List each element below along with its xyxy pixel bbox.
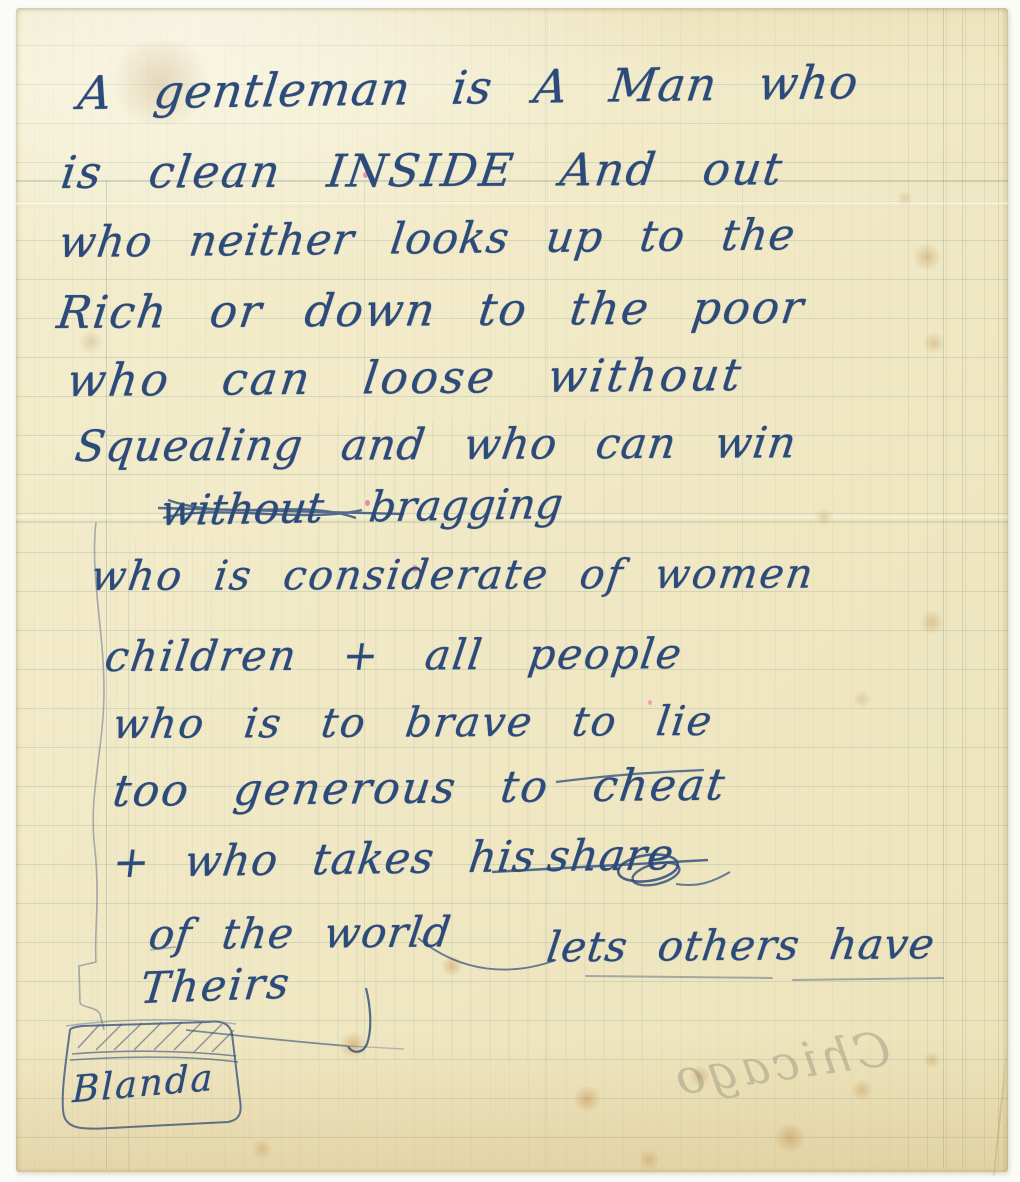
foxing-stain — [918, 610, 946, 634]
words: of the world — [146, 907, 454, 959]
handwritten-line: of the world lets others have — [146, 907, 454, 959]
foxing-stain — [440, 956, 464, 976]
foxing-stain — [572, 1086, 602, 1112]
words: + who takes his — [110, 832, 539, 888]
foxing-stain — [338, 1032, 368, 1058]
handwritten-line: + who takes hisshare — [110, 830, 677, 888]
handwritten-line: too generous to cheat — [110, 760, 729, 817]
foxing-stain — [922, 1052, 942, 1068]
handwritten-line: Rich or down to the poor — [54, 281, 808, 339]
ledger-column-line — [998, 8, 999, 1168]
foxing-stain — [896, 190, 914, 206]
crossed-out-word: share — [544, 830, 677, 882]
word: bragging — [366, 479, 565, 531]
handwritten-line: children + all people — [102, 629, 686, 681]
photo-background: A gentleman is A Man who is clean INSIDE… — [0, 0, 1020, 1182]
words: lets others have — [544, 919, 938, 971]
foxing-stain — [922, 332, 946, 354]
foxing-stain — [250, 1140, 274, 1158]
handwritten-line: A gentleman is A Man who — [75, 55, 862, 120]
foxing-stain — [636, 1150, 662, 1170]
ledger-column-line — [962, 8, 963, 1168]
handwritten-line: is clean INSIDE And out — [58, 142, 787, 199]
ledger-column-line — [943, 8, 944, 1168]
fold-crease — [16, 200, 1008, 209]
handwritten-line: Squealing and who can win — [72, 418, 800, 472]
foxing-stain — [912, 243, 942, 271]
handwritten-line: who is considerate of women — [88, 549, 818, 600]
handwritten-line: who neither looks up to the — [56, 210, 799, 268]
foxing-stain — [814, 508, 834, 526]
ledger-grid-patch — [890, 8, 1008, 1168]
foxing-stain — [852, 690, 872, 708]
handwritten-line: withoutbragging — [158, 479, 566, 535]
handwritten-line: who can loose without — [64, 348, 747, 407]
handwritten-line: who is to brave to lie — [110, 697, 717, 748]
foxing-stain — [850, 1080, 874, 1100]
crossed-out-word: without — [158, 483, 327, 535]
foxing-stain — [772, 1124, 808, 1152]
handwritten-line: Theirs — [138, 959, 293, 1014]
